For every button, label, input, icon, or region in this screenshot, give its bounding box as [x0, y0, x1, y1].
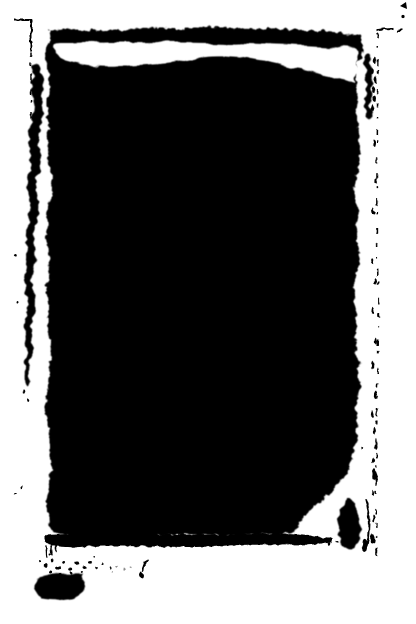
bottom-left-ink-blot	[35, 574, 84, 601]
dark-exposure-plate	[47, 29, 363, 538]
page	[0, 0, 416, 624]
scanned-page-canvas	[0, 0, 416, 624]
top-right-dot-speck	[401, 15, 404, 18]
right-ink-streak	[368, 56, 369, 116]
bottom-right-arc-blob	[363, 539, 368, 551]
